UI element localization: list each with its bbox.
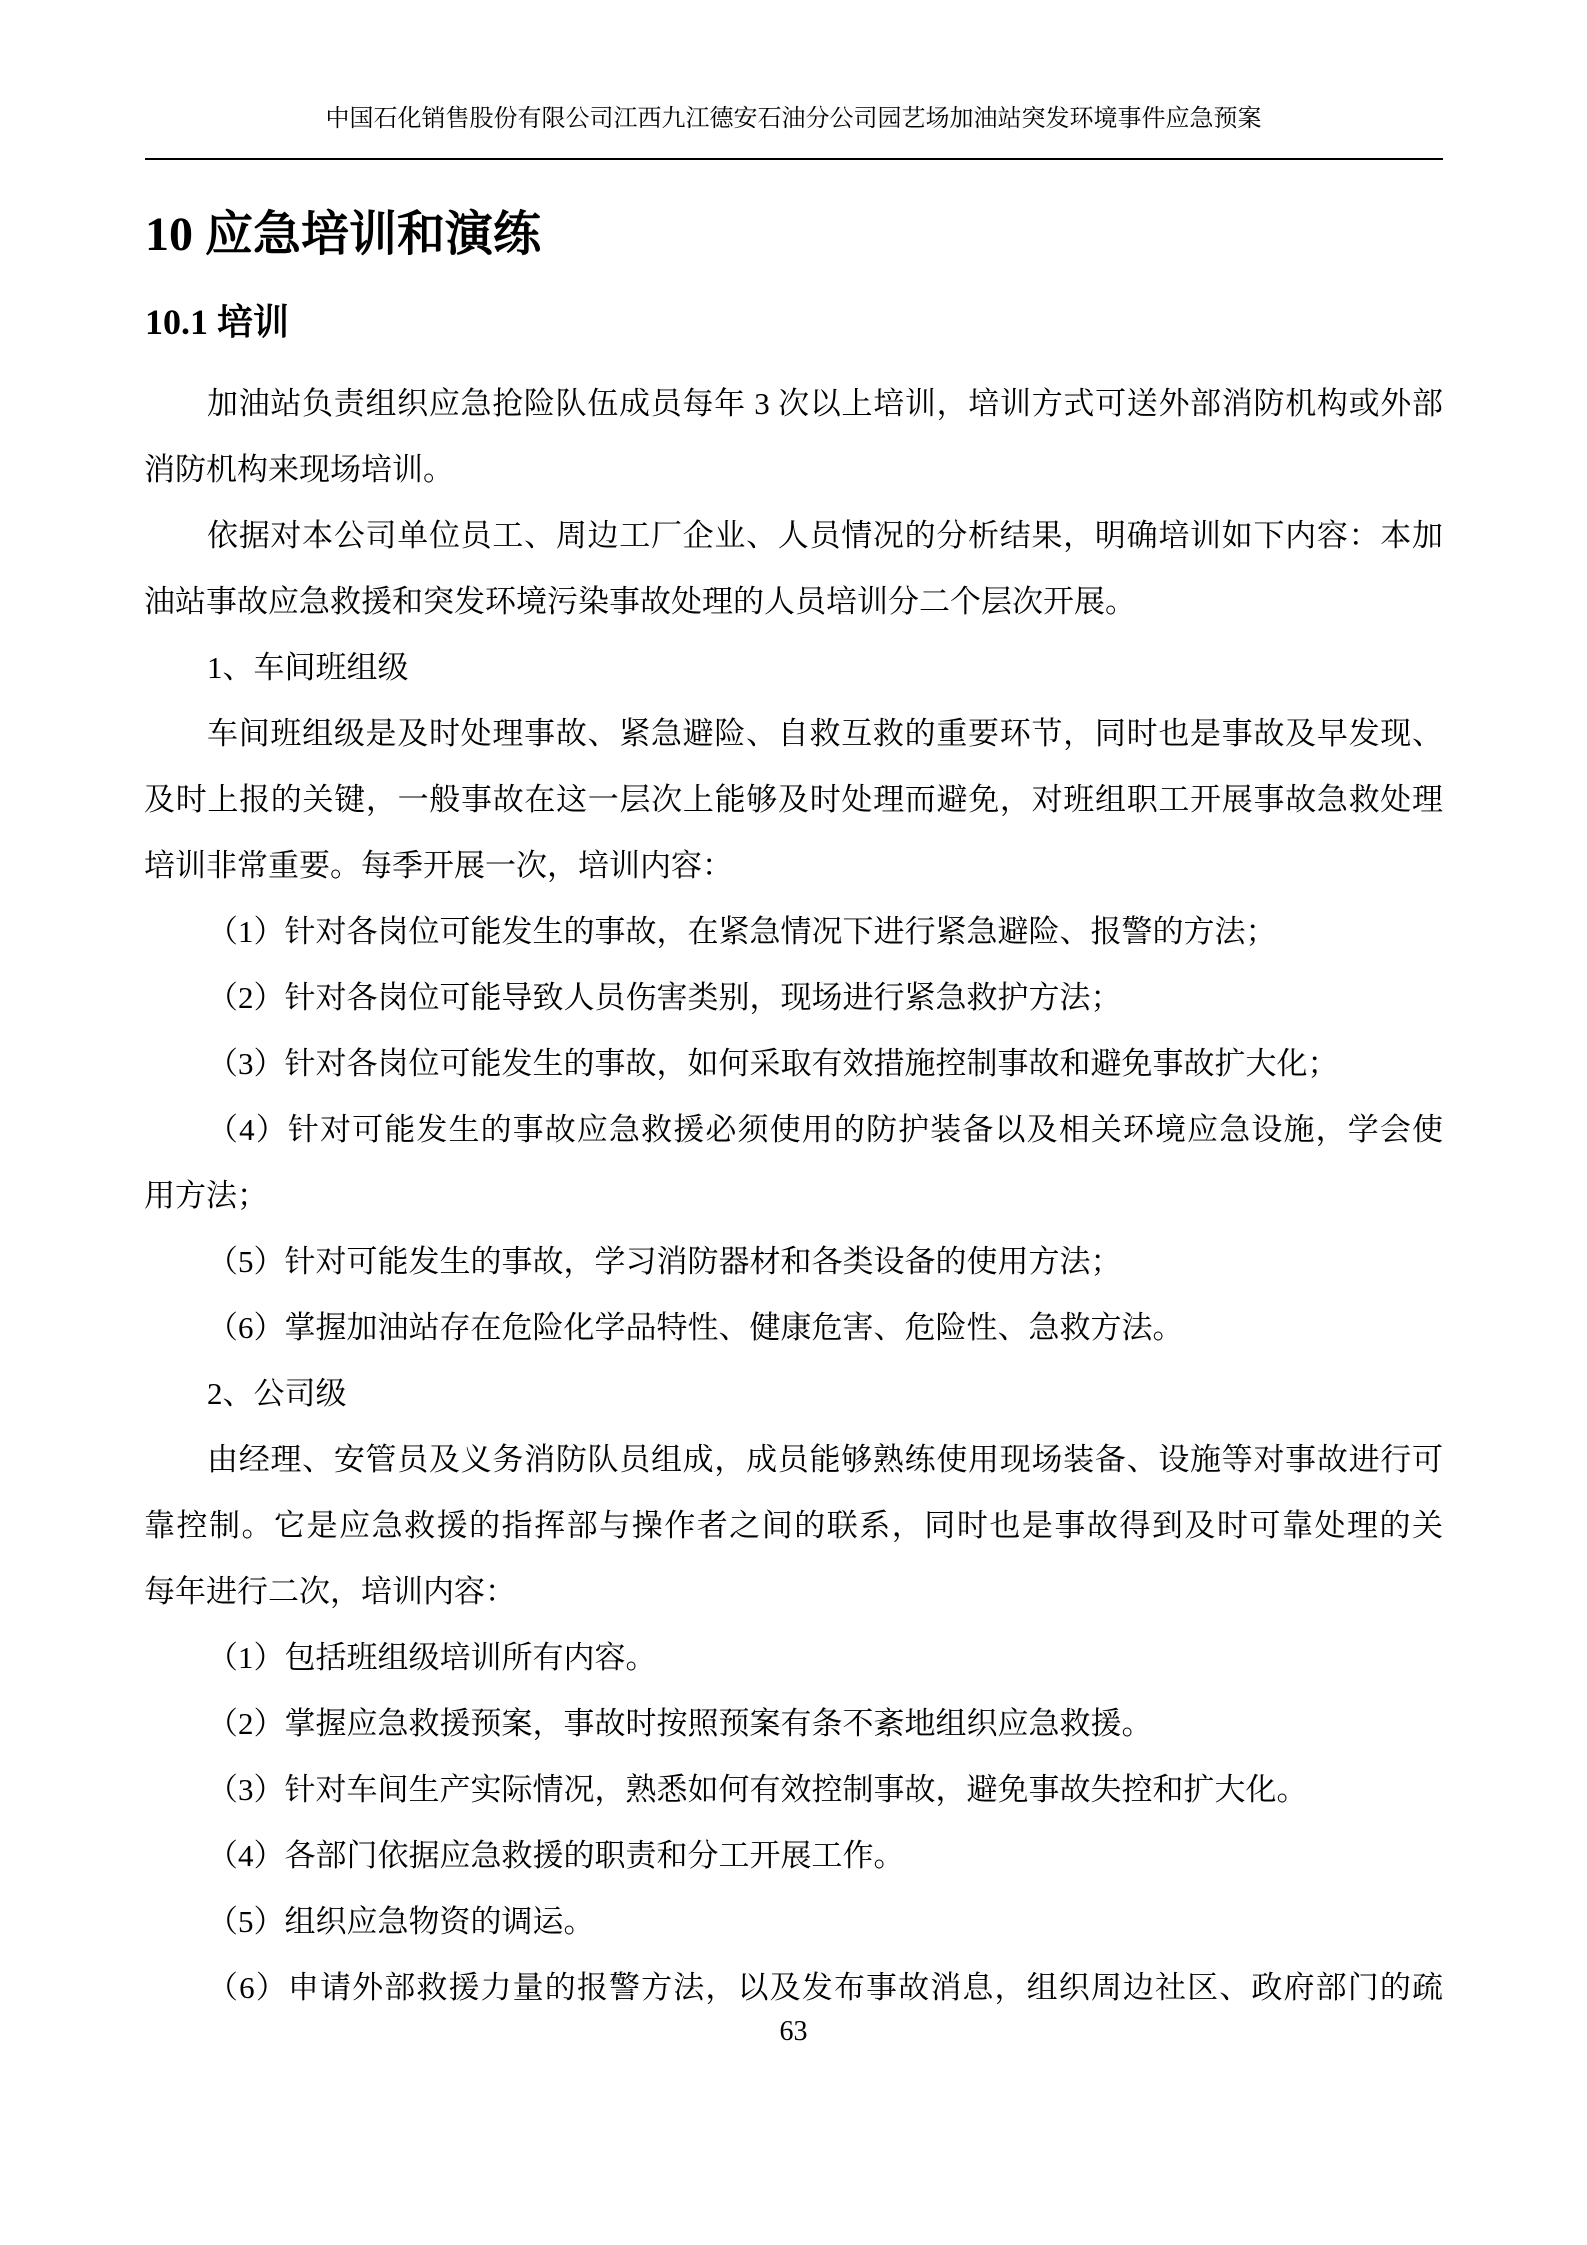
body-text: 加油站负责组织应急抢险队伍成员每年 3 次以上培训，培训方式可送外部消防机构或外… xyxy=(144,371,1443,2021)
text-line: 车间班组级是及时处理事故、紧急避险、自救互救的重要环节，同时也是事故及早发现、 xyxy=(144,701,1443,767)
text-line: 用方法； xyxy=(144,1163,1443,1229)
text-line: （3）针对各岗位可能发生的事故，如何采取有效措施控制事故和避免事故扩大化； xyxy=(144,1031,1443,1097)
text-line: （5）组织应急物资的调运。 xyxy=(144,1889,1443,1955)
text-line: 培训非常重要。每季开展一次，培训内容： xyxy=(144,833,1443,899)
text-line: 依据对本公司单位员工、周边工厂企业、人员情况的分析结果，明确培训如下内容：本加 xyxy=(144,503,1443,569)
text-line: （4）各部门依据应急救援的职责和分工开展工作。 xyxy=(144,1823,1443,1889)
text-line: 2、公司级 xyxy=(144,1361,1443,1427)
text-line: 由经理、安管员及义务消防队员组成，成员能够熟练使用现场装备、设施等对事故进行可 xyxy=(144,1427,1443,1493)
text-line: （1）包括班组级培训所有内容。 xyxy=(144,1625,1443,1691)
section-title: 10.1 培训 xyxy=(145,298,289,346)
text-line: （1）针对各岗位可能发生的事故，在紧急情况下进行紧急避险、报警的方法； xyxy=(144,899,1443,965)
text-line: （2）掌握应急救援预案，事故时按照预案有条不紊地组织应急救援。 xyxy=(144,1691,1443,1757)
text-line: 每年进行二次，培训内容： xyxy=(144,1559,1443,1625)
running-header: 中国石化销售股份有限公司江西九江德安石油分公司园艺场加油站突发环境事件应急预案 xyxy=(0,104,1587,134)
text-line: 消防机构来现场培训。 xyxy=(144,437,1443,503)
page-number: 63 xyxy=(0,2012,1587,2052)
text-line: 油站事故应急救援和突发环境污染事故处理的人员培训分二个层次开展。 xyxy=(144,569,1443,635)
text-line: 1、车间班组级 xyxy=(144,635,1443,701)
chapter-title: 10 应急培训和演练 xyxy=(145,204,541,266)
document-page: 中国石化销售股份有限公司江西九江德安石油分公司园艺场加油站突发环境事件应急预案 … xyxy=(0,0,1587,2245)
text-line: （5）针对可能发生的事故，学习消防器材和各类设备的使用方法； xyxy=(144,1229,1443,1295)
text-line: （2）针对各岗位可能导致人员伤害类别，现场进行紧急救护方法； xyxy=(144,965,1443,1031)
text-line: （3）针对车间生产实际情况，熟悉如何有效控制事故，避免事故失控和扩大化。 xyxy=(144,1757,1443,1823)
text-line: 靠控制。它是应急救援的指挥部与操作者之间的联系，同时也是事故得到及时可靠处理的关… xyxy=(144,1493,1443,1559)
text-line: （4）针对可能发生的事故应急救援必须使用的防护装备以及相关环境应急设施，学会使 xyxy=(144,1097,1443,1163)
header-divider xyxy=(145,158,1443,160)
text-line: 加油站负责组织应急抢险队伍成员每年 3 次以上培训，培训方式可送外部消防机构或外… xyxy=(144,371,1443,437)
text-line: 及时上报的关键，一般事故在这一层次上能够及时处理而避免，对班组职工开展事故急救处… xyxy=(144,767,1443,833)
text-line: （6）掌握加油站存在危险化学品特性、健康危害、危险性、急救方法。 xyxy=(144,1295,1443,1361)
